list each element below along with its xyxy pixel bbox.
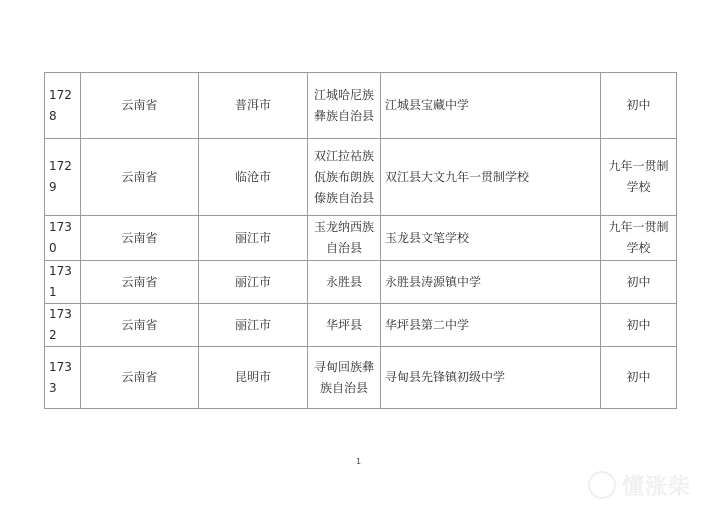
county-cell: 双江拉祜族佤族布朗族傣族自治县 [308, 139, 381, 216]
county-cell: 寻甸回族彝族自治县 [308, 347, 381, 409]
watermark: 懂涨柴 [588, 468, 713, 502]
province-cell: 云南省 [81, 73, 199, 139]
table-row: 1733 云南省 昆明市 寻甸回族彝族自治县 寻甸县先锋镇初级中学 初中 [45, 347, 677, 409]
table-row: 1731 云南省 丽江市 永胜县 永胜县涛源镇中学 初中 [45, 261, 677, 304]
province-cell: 云南省 [81, 304, 199, 347]
school-name-cell: 寻甸县先锋镇初级中学 [381, 347, 601, 409]
province-cell: 云南省 [81, 216, 199, 261]
county-cell: 玉龙纳西族自治县 [308, 216, 381, 261]
city-cell: 昆明市 [199, 347, 308, 409]
school-name-cell: 江城县宝藏中学 [381, 73, 601, 139]
row-number-cell: 1729 [45, 139, 81, 216]
city-cell: 临沧市 [199, 139, 308, 216]
school-name-cell: 永胜县涛源镇中学 [381, 261, 601, 304]
table-row: 1730 云南省 丽江市 玉龙纳西族自治县 玉龙县文笔学校 九年一贯制学校 [45, 216, 677, 261]
row-number-cell: 1728 [45, 73, 81, 139]
school-name-cell: 华坪县第二中学 [381, 304, 601, 347]
table-row: 1728 云南省 普洱市 江城哈尼族彝族自治县 江城县宝藏中学 初中 [45, 73, 677, 139]
school-type-cell: 九年一贯制学校 [601, 216, 677, 261]
school-type-cell: 初中 [601, 304, 677, 347]
city-cell: 丽江市 [199, 304, 308, 347]
school-type-cell: 初中 [601, 347, 677, 409]
province-cell: 云南省 [81, 139, 199, 216]
row-number-cell: 1730 [45, 216, 81, 261]
county-cell: 江城哈尼族彝族自治县 [308, 73, 381, 139]
school-type-cell: 初中 [601, 261, 677, 304]
school-type-cell: 九年一贯制学校 [601, 139, 677, 216]
province-cell: 云南省 [81, 347, 199, 409]
watermark-text: 懂涨柴 [622, 470, 691, 501]
table-row: 1732 云南省 丽江市 华坪县 华坪县第二中学 初中 [45, 304, 677, 347]
county-cell: 华坪县 [308, 304, 381, 347]
row-number-cell: 1733 [45, 347, 81, 409]
city-cell: 丽江市 [199, 216, 308, 261]
school-list-table: 1728 云南省 普洱市 江城哈尼族彝族自治县 江城县宝藏中学 初中 1729 … [44, 72, 677, 409]
row-number-cell: 1732 [45, 304, 81, 347]
city-cell: 丽江市 [199, 261, 308, 304]
province-cell: 云南省 [81, 261, 199, 304]
city-cell: 普洱市 [199, 73, 308, 139]
school-type-cell: 初中 [601, 73, 677, 139]
school-name-cell: 玉龙县文笔学校 [381, 216, 601, 261]
school-name-cell: 双江县大文九年一贯制学校 [381, 139, 601, 216]
row-number-cell: 1731 [45, 261, 81, 304]
table-row: 1729 云南省 临沧市 双江拉祜族佤族布朗族傣族自治县 双江县大文九年一贯制学… [45, 139, 677, 216]
document-page: 1728 云南省 普洱市 江城哈尼族彝族自治县 江城县宝藏中学 初中 1729 … [0, 0, 720, 509]
watermark-logo-icon [588, 471, 616, 499]
page-number: 1 [356, 457, 361, 466]
county-cell: 永胜县 [308, 261, 381, 304]
